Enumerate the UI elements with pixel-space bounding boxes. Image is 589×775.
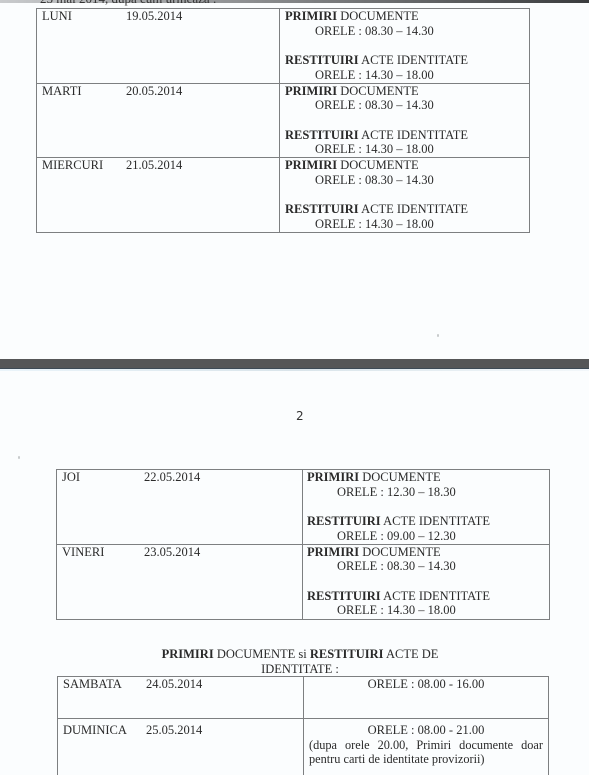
day-cell: JOI 22.05.2014 — [57, 470, 303, 545]
day-date: 22.05.2014 — [144, 470, 200, 485]
page-separator-shadow — [0, 369, 589, 371]
weekend-hours: ORELE : 08.00 - 21.00 — [304, 723, 548, 738]
hours-cell: PRIMIRI DOCUMENTE ORELE : 08.30 – 14.30 … — [303, 544, 550, 619]
day-date: 24.05.2014 — [146, 677, 202, 692]
day-cell: DUMINICA 25.05.2014 — [58, 719, 304, 775]
schedule-table-page1: LUNI 19.05.2014 PRIMIRI DOCUMENTE ORELE … — [36, 8, 530, 233]
day-date: 20.05.2014 — [126, 84, 182, 99]
page-separator — [0, 359, 589, 369]
weekend-section-heading: PRIMIRI DOCUMENTE si RESTITUIRI ACTE DE … — [100, 647, 500, 676]
primiri-hours: ORELE : 08.30 – 14.30 — [285, 98, 529, 113]
hours-cell: PRIMIRI DOCUMENTE ORELE : 08.30 – 14.30 … — [280, 9, 530, 84]
day-cell: MIERCURI 21.05.2014 — [37, 158, 280, 233]
hours-cell: PRIMIRI DOCUMENTE ORELE : 08.30 – 14.30 … — [280, 158, 530, 233]
restituiri-title: RESTITUIRI ACTE IDENTITATE — [285, 128, 529, 143]
restituiri-title: RESTITUIRI ACTE IDENTITATE — [285, 53, 529, 68]
table-row: LUNI 19.05.2014 PRIMIRI DOCUMENTE ORELE … — [37, 9, 530, 84]
primiri-hours: ORELE : 08.30 – 14.30 — [285, 24, 529, 39]
hours-cell: PRIMIRI DOCUMENTE ORELE : 08.30 – 14.30 … — [280, 83, 530, 158]
table-row: MARTI 20.05.2014 PRIMIRI DOCUMENTE ORELE… — [37, 83, 530, 158]
schedule-table-page2: JOI 22.05.2014 PRIMIRI DOCUMENTE ORELE :… — [56, 469, 550, 620]
table-row: MIERCURI 21.05.2014 PRIMIRI DOCUMENTE OR… — [37, 158, 530, 233]
weekend-note: (dupa orele 20.00, Primiri documente doa… — [304, 738, 548, 767]
hours-cell: ORELE : 08.00 - 21.00 (dupa orele 20.00,… — [304, 719, 549, 775]
hours-cell: ORELE : 08.00 - 16.00 — [304, 677, 549, 719]
day-name: MIERCURI — [42, 158, 103, 173]
restituiri-title: RESTITUIRI ACTE IDENTITATE — [285, 202, 529, 217]
primiri-hours: ORELE : 08.30 – 14.30 — [285, 173, 529, 188]
weekend-hours: ORELE : 08.00 - 16.00 — [304, 677, 548, 692]
day-date: 21.05.2014 — [126, 158, 182, 173]
primiri-hours: ORELE : 12.30 – 18.30 — [307, 485, 549, 500]
primiri-title: PRIMIRI DOCUMENTE — [307, 470, 549, 485]
table-row: JOI 22.05.2014 PRIMIRI DOCUMENTE ORELE :… — [57, 470, 550, 545]
hours-cell: PRIMIRI DOCUMENTE ORELE : 12.30 – 18.30 … — [303, 470, 550, 545]
intro-text-clipped: 25 mai 2014, dupa cum urmeaza : — [40, 0, 217, 7]
day-name: MARTI — [42, 84, 82, 99]
day-name: DUMINICA — [63, 723, 127, 738]
primiri-title: PRIMIRI DOCUMENTE — [285, 84, 529, 99]
table-row: DUMINICA 25.05.2014 ORELE : 08.00 - 21.0… — [58, 719, 549, 775]
primiri-title: PRIMIRI DOCUMENTE — [307, 545, 549, 560]
restituiri-hours: ORELE : 09.00 – 12.30 — [307, 529, 549, 544]
restituiri-hours: ORELE : 14.30 – 18.00 — [285, 217, 529, 232]
scan-speck — [437, 334, 439, 337]
scan-speck — [18, 456, 20, 459]
day-name: VINERI — [62, 545, 104, 560]
day-name: JOI — [62, 470, 80, 485]
restituiri-hours: ORELE : 14.30 – 18.00 — [285, 142, 529, 157]
restituiri-title: RESTITUIRI ACTE IDENTITATE — [307, 589, 549, 604]
primiri-title: PRIMIRI DOCUMENTE — [285, 9, 529, 24]
restituiri-hours: ORELE : 14.30 – 18.00 — [285, 68, 529, 83]
day-date: 19.05.2014 — [126, 9, 182, 24]
day-name: LUNI — [42, 9, 72, 24]
day-cell: VINERI 23.05.2014 — [57, 544, 303, 619]
day-cell: MARTI 20.05.2014 — [37, 83, 280, 158]
day-cell: LUNI 19.05.2014 — [37, 9, 280, 84]
day-name: SAMBATA — [63, 677, 122, 692]
day-cell: SAMBATA 24.05.2014 — [58, 677, 304, 719]
primiri-title: PRIMIRI DOCUMENTE — [285, 158, 529, 173]
restituiri-hours: ORELE : 14.30 – 18.00 — [307, 603, 549, 618]
primiri-hours: ORELE : 08.30 – 14.30 — [307, 559, 549, 574]
restituiri-title: RESTITUIRI ACTE IDENTITATE — [307, 514, 549, 529]
day-date: 25.05.2014 — [146, 723, 202, 738]
day-date: 23.05.2014 — [144, 545, 200, 560]
table-row: VINERI 23.05.2014 PRIMIRI DOCUMENTE OREL… — [57, 544, 550, 619]
weekend-schedule-table: SAMBATA 24.05.2014 ORELE : 08.00 - 16.00… — [57, 676, 549, 775]
table-row: SAMBATA 24.05.2014 ORELE : 08.00 - 16.00 — [58, 677, 549, 719]
page-number: 2 — [296, 409, 304, 423]
